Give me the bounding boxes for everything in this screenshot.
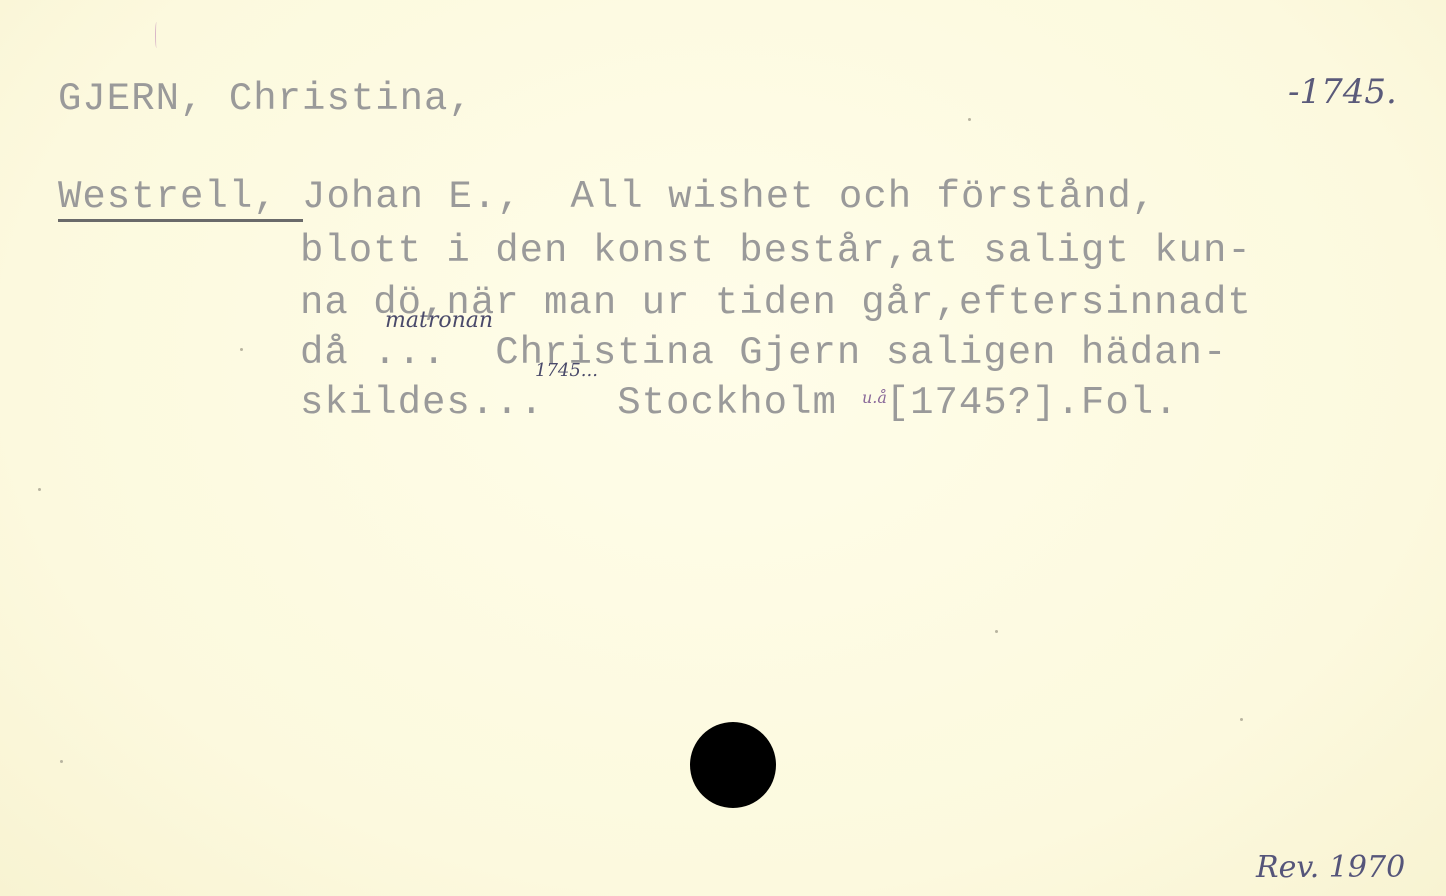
pencil-mark	[155, 22, 158, 48]
author-line: Westrell, Johan E., All wishet och först…	[58, 178, 1156, 217]
speck	[60, 760, 63, 763]
revision-note: Rev. 1970	[1256, 850, 1405, 885]
author-underline	[58, 219, 303, 222]
catalog-card: GJERN, Christina, -1745. Westrell, Johan…	[0, 0, 1446, 896]
speck	[968, 118, 971, 121]
handwritten-matronan: matronan	[385, 308, 493, 333]
title-line-3: då ... Christina Gjern saligen hädan-	[300, 334, 1227, 373]
author-name: Westrell	[58, 175, 253, 219]
date-annotation: -1745.	[1288, 72, 1397, 112]
card-heading: GJERN, Christina,	[58, 80, 473, 119]
title-line-4: skildes... Stockholm [1745?].Fol.	[300, 384, 1179, 423]
speck	[240, 348, 243, 351]
speck	[995, 630, 998, 633]
speck	[38, 488, 41, 491]
title-line-1: blott i den konst består,at saligt kun-	[300, 232, 1252, 271]
speck	[1240, 718, 1243, 721]
handwritten-ua: u.å	[862, 388, 887, 407]
punch-hole	[690, 722, 776, 808]
author-title-start: , Johan E., All wishet och förstånd,	[253, 175, 1156, 219]
handwritten-year: 1745...	[535, 360, 598, 381]
